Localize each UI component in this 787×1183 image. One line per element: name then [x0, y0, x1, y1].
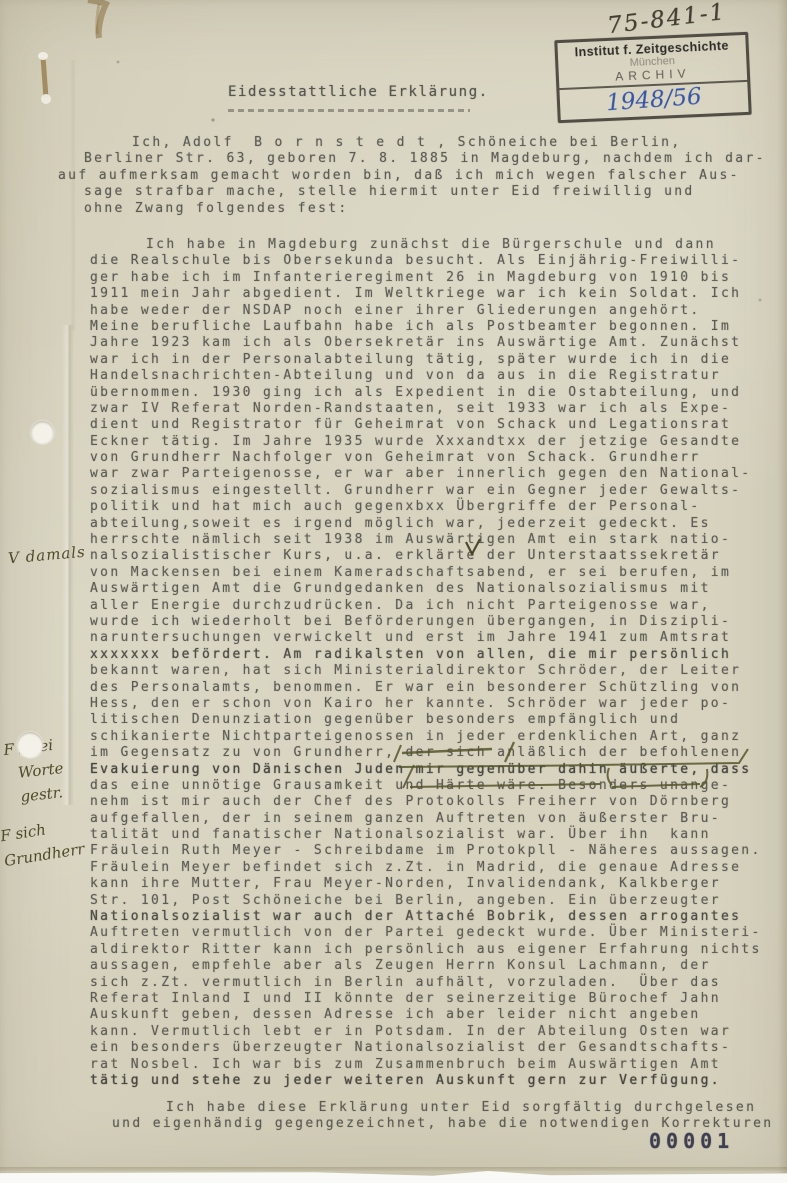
typed-line: ein besonders überzeugter Nationalsozial… [90, 1040, 762, 1056]
typed-line: übernommen. 1930 ging ich als Expedient … [90, 385, 762, 401]
typed-line: nalsozialistischer Kurs, u.a. erklärte d… [90, 548, 762, 564]
typed-line: abteilung,soweit es irgend möglich war, … [90, 516, 762, 532]
typed-line: Evakuierung von Dänischen Juden mir gege… [90, 762, 762, 778]
typed-line: Meine berufliche Laufbahn habe ich als P… [90, 319, 762, 335]
typed-line: bekannt waren, hat sich Ministerialdirek… [90, 663, 762, 679]
paper-edge-shadow [777, 0, 787, 1183]
typed-line: kann. Vermutlich lebt er in Potsdam. In … [90, 1024, 762, 1040]
typed-line: Fräulein Ruth Meyer - Schreibdame im Pro… [90, 843, 762, 859]
typed-line: aller Energie durchzudrücken. Da ich nic… [90, 598, 762, 614]
paper-bottom-edge [0, 1167, 787, 1171]
typed-line: aufgefallen, der in seinem ganzen Auftre… [90, 811, 762, 827]
typed-line: die Realschule bis Obersekunda besucht. … [90, 253, 762, 269]
typed-line: Nationalsozialist war auch der Attaché B… [90, 909, 762, 925]
typed-line: dient und Registrator für Geheimrat von … [90, 417, 762, 433]
typed-line: sich z.Zt. vermutlich in Berlin aufhält,… [90, 975, 762, 991]
typed-line: ger habe ich im Infanterieregiment 26 in… [90, 270, 762, 286]
page-number-stamp: 00001 [649, 1129, 734, 1153]
typed-line: Hess, den er schon von Kairo her kannte.… [90, 696, 762, 712]
typed-line: politik und hat mich auch gegenxbxx Über… [90, 499, 762, 515]
typed-line: Auswärtigen Amt die Grundgedanken des Na… [90, 581, 762, 597]
paragraph-intro: Ich, Adolf B o r n s t e d t , Schöneich… [84, 135, 766, 217]
staple-glint [41, 94, 51, 104]
typed-line: ohne Zwang folgendes fest: [84, 201, 766, 217]
typed-line: herrschte nämlich seit 1938 im Auswärtig… [90, 532, 762, 548]
speck [117, 61, 120, 64]
typed-line: das eine unnötige Grausamkeit und Härte … [90, 778, 762, 794]
stain [97, 4, 99, 34]
hole-punch [17, 732, 43, 758]
typed-line: Handelsnachrichten-Abteilung und von da … [90, 368, 762, 384]
typed-line: sage strafbar mache, stelle hiermit unte… [84, 184, 766, 200]
typed-line: Fräulein Meyer befindet sich z.Zt. in Ma… [90, 860, 762, 876]
archive-stamp: Institut f. Zeitgeschichte München ARCHI… [554, 32, 751, 123]
typed-line: Jahre 1923 kam ich als Obersekretär ins … [90, 335, 762, 351]
document-title: Eidesstattliche Erklärung. [228, 84, 489, 100]
typed-line: Auskunft geben, dessen Adresse ich aber … [90, 1007, 762, 1023]
typed-line: habe weder der NSDAP noch einer ihrer Gl… [90, 303, 762, 319]
typed-line: xxxxxxx befördert. Am radikalsten von al… [90, 647, 762, 663]
paper-crease [70, 60, 76, 330]
typed-line: von Grundherr Nachfolger von Geheimrat v… [90, 450, 762, 466]
typed-line: schikanierte Nichtparteigenossen in jede… [90, 729, 762, 745]
paragraph-closing: Ich habe diese Erklärung unter Eid sorgf… [112, 1100, 773, 1133]
typed-line: litischen Denunziation gegenüber besonde… [90, 712, 762, 728]
typed-line: aussagen, empfehle aber als Zeugen Herrn… [90, 958, 762, 974]
typed-line: war zwar Parteigenosse, er war aber inne… [90, 466, 762, 482]
typed-line: zwar IV Referat Norden-Randstaaten, seit… [90, 401, 762, 417]
paper-sheet: 75-841-1 Institut f. Zeitgeschichte Münc… [0, 0, 787, 1183]
typed-line: talität und fanatischer Nationalsozialis… [90, 827, 762, 843]
typed-line: nehm ist mir auch der Chef des Protokoll… [90, 794, 762, 810]
paragraph-statement: Ich habe in Magdeburg zunächst die Bürge… [90, 237, 762, 1089]
stain [88, 0, 106, 38]
typed-line: Ich habe in Magdeburg zunächst die Bürge… [146, 237, 762, 253]
typed-line: im Gegensatz zu von Grundherr, der sich … [90, 745, 762, 761]
typed-line: war ich in der Personalabteilung tätig, … [90, 352, 762, 368]
typed-line: naruntersuchungen verwickelt und erst im… [90, 630, 762, 646]
speck [211, 118, 214, 121]
typed-line: rat Nosbel. Ich war bis zum Zusammenbruc… [90, 1057, 762, 1073]
paper-crease [62, 325, 74, 805]
staple-glint [38, 52, 48, 60]
title-underline [228, 109, 470, 112]
typed-line: Str. 101, Post Schöneiche bei Berlin, an… [90, 893, 762, 909]
typed-line: Eckner tätig. Im Jahre 1935 wurde Xxxand… [90, 434, 762, 450]
typed-line: auf aufmerksam gemacht worden bin, daß i… [58, 168, 766, 184]
typed-line: Ich, Adolf B o r n s t e d t , Schöneich… [132, 135, 766, 151]
typed-line: Referat Inland I und II könnte der seine… [90, 991, 762, 1007]
typed-line: Berliner Str. 63, geboren 7. 8. 1885 in … [84, 151, 766, 167]
typed-line: des Personalamts, benommen. Er war ein b… [90, 680, 762, 696]
typed-line: von Mackensen bei einem Kameradschaftsab… [90, 565, 762, 581]
margin-note-damals: V damals [7, 543, 86, 568]
typed-line: kann ihre Mutter, Frau Meyer-Norden, Inv… [90, 876, 762, 892]
typed-line: wurde ich wiederholt bei Beförderungen ü… [90, 614, 762, 630]
margin-note-line: gestr. [19, 780, 67, 809]
typed-line: tätig und stehe zu jeder weiteren Auskun… [90, 1073, 762, 1089]
typed-line: 1911 mein Jahr abgedient. Im Weltkriege … [90, 286, 762, 302]
staple-mark [43, 57, 46, 98]
scanned-document: 75-841-1 Institut f. Zeitgeschichte Münc… [0, 0, 787, 1183]
typed-line: aldirektor Ritter kann ich persönlich au… [90, 942, 762, 958]
hole-punch [31, 421, 54, 444]
typed-line: Ich habe diese Erklärung unter Eid sorgf… [166, 1100, 773, 1116]
typed-line: Auftreten vermutlich von der Partei gede… [90, 925, 762, 941]
typed-line: sozialismus eingestellt. Grundherr war e… [90, 483, 762, 499]
margin-note-grundherr: F sichGrundherr [0, 812, 86, 874]
